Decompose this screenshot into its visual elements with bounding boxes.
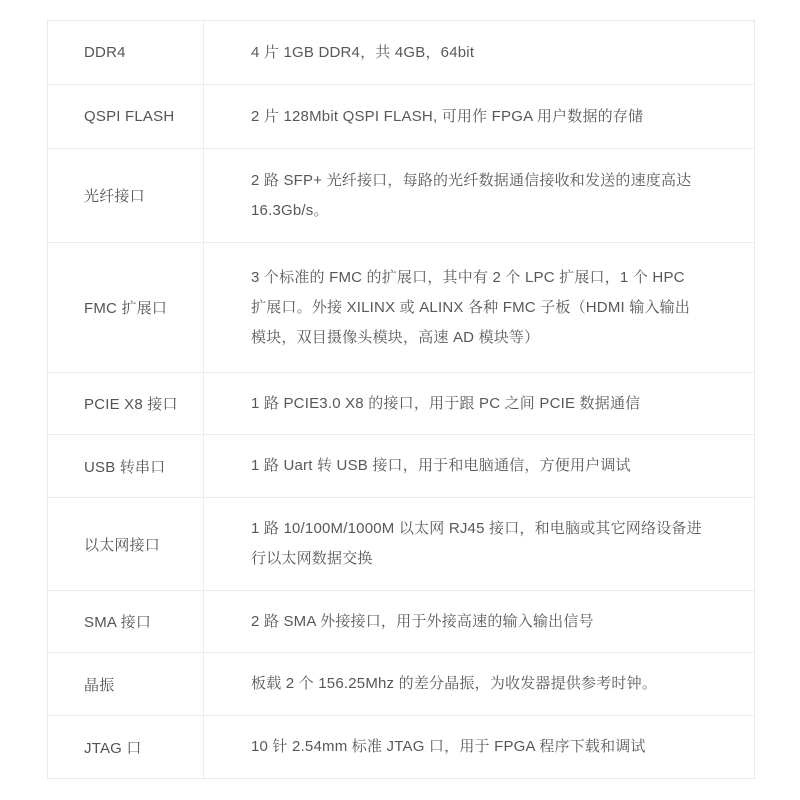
table-row: 光纤接口 2 路 SFP+ 光纤接口，每路的光纤数据通信接收和发送的速度高达 1… [48,149,754,243]
table-row: 晶振 板载 2 个 156.25Mhz 的差分晶振，为收发器提供参考时钟。 [48,653,754,716]
spec-value-cell: 10 针 2.54mm 标准 JTAG 口，用于 FPGA 程序下载和调试 [204,716,754,778]
table-row: FMC 扩展口 3 个标准的 FMC 的扩展口，其中有 2 个 LPC 扩展口，… [48,243,754,373]
table-row: USB 转串口 1 路 Uart 转 USB 接口，用于和电脑通信，方便用户调试 [48,435,754,498]
spec-name-cell: 晶振 [48,653,204,715]
spec-name-cell: 以太网接口 [48,498,204,590]
table-row: PCIE X8 接口 1 路 PCIE3.0 X8 的接口，用于跟 PC 之间 … [48,373,754,435]
spec-name-cell: 光纤接口 [48,149,204,242]
spec-label: FMC 扩展口 [84,297,167,318]
spec-label: USB 转串口 [84,456,165,477]
table-row: JTAG 口 10 针 2.54mm 标准 JTAG 口，用于 FPGA 程序下… [48,716,754,778]
spec-description: 3 个标准的 FMC 的扩展口，其中有 2 个 LPC 扩展口，1 个 HPC … [251,263,702,353]
spec-label: QSPI FLASH [84,108,174,125]
spec-table: DDR4 4 片 1GB DDR4，共 4GB，64bit QSPI FLASH… [47,20,755,779]
spec-label: 以太网接口 [84,534,160,555]
spec-value-cell: 2 路 SFP+ 光纤接口，每路的光纤数据通信接收和发送的速度高达 16.3Gb… [204,149,754,242]
spec-value-cell: 2 片 128Mbit QSPI FLASH, 可用作 FPGA 用户数据的存储 [204,85,754,148]
spec-label: DDR4 [84,44,126,61]
spec-description: 2 路 SMA 外接接口，用于外接高速的输入输出信号 [251,607,594,637]
spec-label: 光纤接口 [84,185,145,206]
spec-name-cell: QSPI FLASH [48,85,204,148]
spec-label: SMA 接口 [84,611,151,632]
spec-label: 晶振 [84,674,114,695]
spec-name-cell: PCIE X8 接口 [48,373,204,434]
spec-name-cell: SMA 接口 [48,591,204,652]
spec-value-cell: 板载 2 个 156.25Mhz 的差分晶振，为收发器提供参考时钟。 [204,653,754,715]
spec-value-cell: 1 路 PCIE3.0 X8 的接口，用于跟 PC 之间 PCIE 数据通信 [204,373,754,434]
page: DDR4 4 片 1GB DDR4，共 4GB，64bit QSPI FLASH… [0,0,800,800]
table-row: DDR4 4 片 1GB DDR4，共 4GB，64bit [48,21,754,85]
spec-value-cell: 3 个标准的 FMC 的扩展口，其中有 2 个 LPC 扩展口，1 个 HPC … [204,243,754,372]
spec-name-cell: USB 转串口 [48,435,204,497]
spec-value-cell: 2 路 SMA 外接接口，用于外接高速的输入输出信号 [204,591,754,652]
spec-description: 1 路 PCIE3.0 X8 的接口，用于跟 PC 之间 PCIE 数据通信 [251,389,640,419]
spec-value-cell: 1 路 10/100M/1000M 以太网 RJ45 接口，和电脑或其它网络设备… [204,498,754,590]
spec-value-cell: 1 路 Uart 转 USB 接口，用于和电脑通信，方便用户调试 [204,435,754,497]
spec-value-cell: 4 片 1GB DDR4，共 4GB，64bit [204,21,754,84]
spec-name-cell: JTAG 口 [48,716,204,778]
spec-description: 10 针 2.54mm 标准 JTAG 口，用于 FPGA 程序下载和调试 [251,732,646,762]
spec-description: 4 片 1GB DDR4，共 4GB，64bit [251,38,474,68]
spec-name-cell: DDR4 [48,21,204,84]
spec-label: JTAG 口 [84,737,142,758]
table-row: SMA 接口 2 路 SMA 外接接口，用于外接高速的输入输出信号 [48,591,754,653]
table-row: 以太网接口 1 路 10/100M/1000M 以太网 RJ45 接口，和电脑或… [48,498,754,591]
spec-description: 1 路 10/100M/1000M 以太网 RJ45 接口，和电脑或其它网络设备… [251,514,702,574]
spec-description: 2 路 SFP+ 光纤接口，每路的光纤数据通信接收和发送的速度高达 16.3Gb… [251,166,702,226]
spec-label: PCIE X8 接口 [84,393,178,414]
table-row: QSPI FLASH 2 片 128Mbit QSPI FLASH, 可用作 F… [48,85,754,149]
spec-name-cell: FMC 扩展口 [48,243,204,372]
spec-description: 1 路 Uart 转 USB 接口，用于和电脑通信，方便用户调试 [251,451,631,481]
spec-description: 板载 2 个 156.25Mhz 的差分晶振，为收发器提供参考时钟。 [251,669,657,699]
spec-description: 2 片 128Mbit QSPI FLASH, 可用作 FPGA 用户数据的存储 [251,102,643,132]
